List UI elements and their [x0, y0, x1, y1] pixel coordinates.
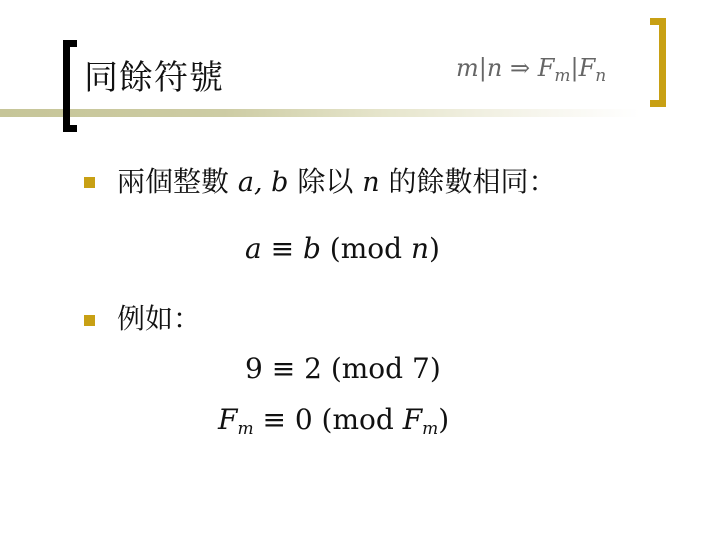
formula-m: m — [456, 54, 479, 82]
formula-n: n — [487, 54, 502, 82]
bullet-1-text-before: 兩個整數 — [117, 165, 238, 198]
eq-mod-close: ) — [430, 352, 441, 385]
bullet-1-text-after: 的餘數相同： — [380, 165, 557, 198]
eq-op: ≡ — [254, 403, 295, 436]
eq-lhs: 9 — [245, 352, 263, 385]
eq-lhs-sub: m — [237, 419, 253, 439]
eq-mod-val: n — [411, 232, 429, 265]
left-bracket-decoration — [63, 40, 77, 132]
equation-example-2: Fm ≡ 0 (mod Fm) — [218, 403, 449, 446]
right-bracket-decoration — [650, 18, 666, 107]
eq-lhs: F — [218, 403, 237, 436]
bullet-square-icon — [84, 315, 95, 326]
bullet-1-math-ab: a, b — [238, 167, 289, 198]
header-formula: m|n ⇒ Fm|Fn — [456, 54, 606, 86]
bullet-text-1: 兩個整數 a, b 除以 n 的餘數相同： — [117, 165, 557, 200]
bullet-1-math-n: n — [362, 167, 379, 198]
bullet-1-text-middle: 除以 — [288, 165, 362, 198]
eq-mod-close: ) — [429, 232, 440, 265]
formula-F: F — [538, 54, 555, 82]
eq-op: ≡ — [263, 352, 304, 385]
eq-lhs: a — [245, 232, 262, 265]
formula-implies: ⇒ — [502, 54, 537, 82]
eq-rhs: 2 — [304, 352, 322, 385]
bullet-square-icon — [84, 177, 95, 188]
eq-mod-val: 7 — [412, 352, 430, 385]
eq-rhs: b — [303, 232, 321, 265]
eq-mod-val: F — [403, 403, 422, 436]
eq-rhs: 0 — [295, 403, 313, 436]
eq-op: ≡ — [262, 232, 303, 265]
title-underline-bar — [0, 109, 640, 117]
eq-mod-val-sub: m — [422, 419, 438, 439]
slide-title: 同餘符號 — [84, 58, 224, 98]
bullet-text-2: 例如： — [117, 302, 201, 336]
formula-sub-m: m — [554, 66, 570, 86]
eq-mod-open: (mod — [313, 403, 403, 436]
formula-sub-n: n — [595, 66, 606, 86]
eq-mod-open: (mod — [321, 232, 411, 265]
formula-F: F — [579, 54, 596, 82]
equation-example-1: 9 ≡ 2 (mod 7) — [245, 352, 441, 386]
eq-mod-open: (mod — [322, 352, 412, 385]
formula-bar: | — [479, 54, 487, 82]
formula-bar: | — [570, 54, 578, 82]
equation-definition: a ≡ b (mod n) — [245, 232, 440, 266]
eq-mod-close: ) — [438, 403, 449, 436]
